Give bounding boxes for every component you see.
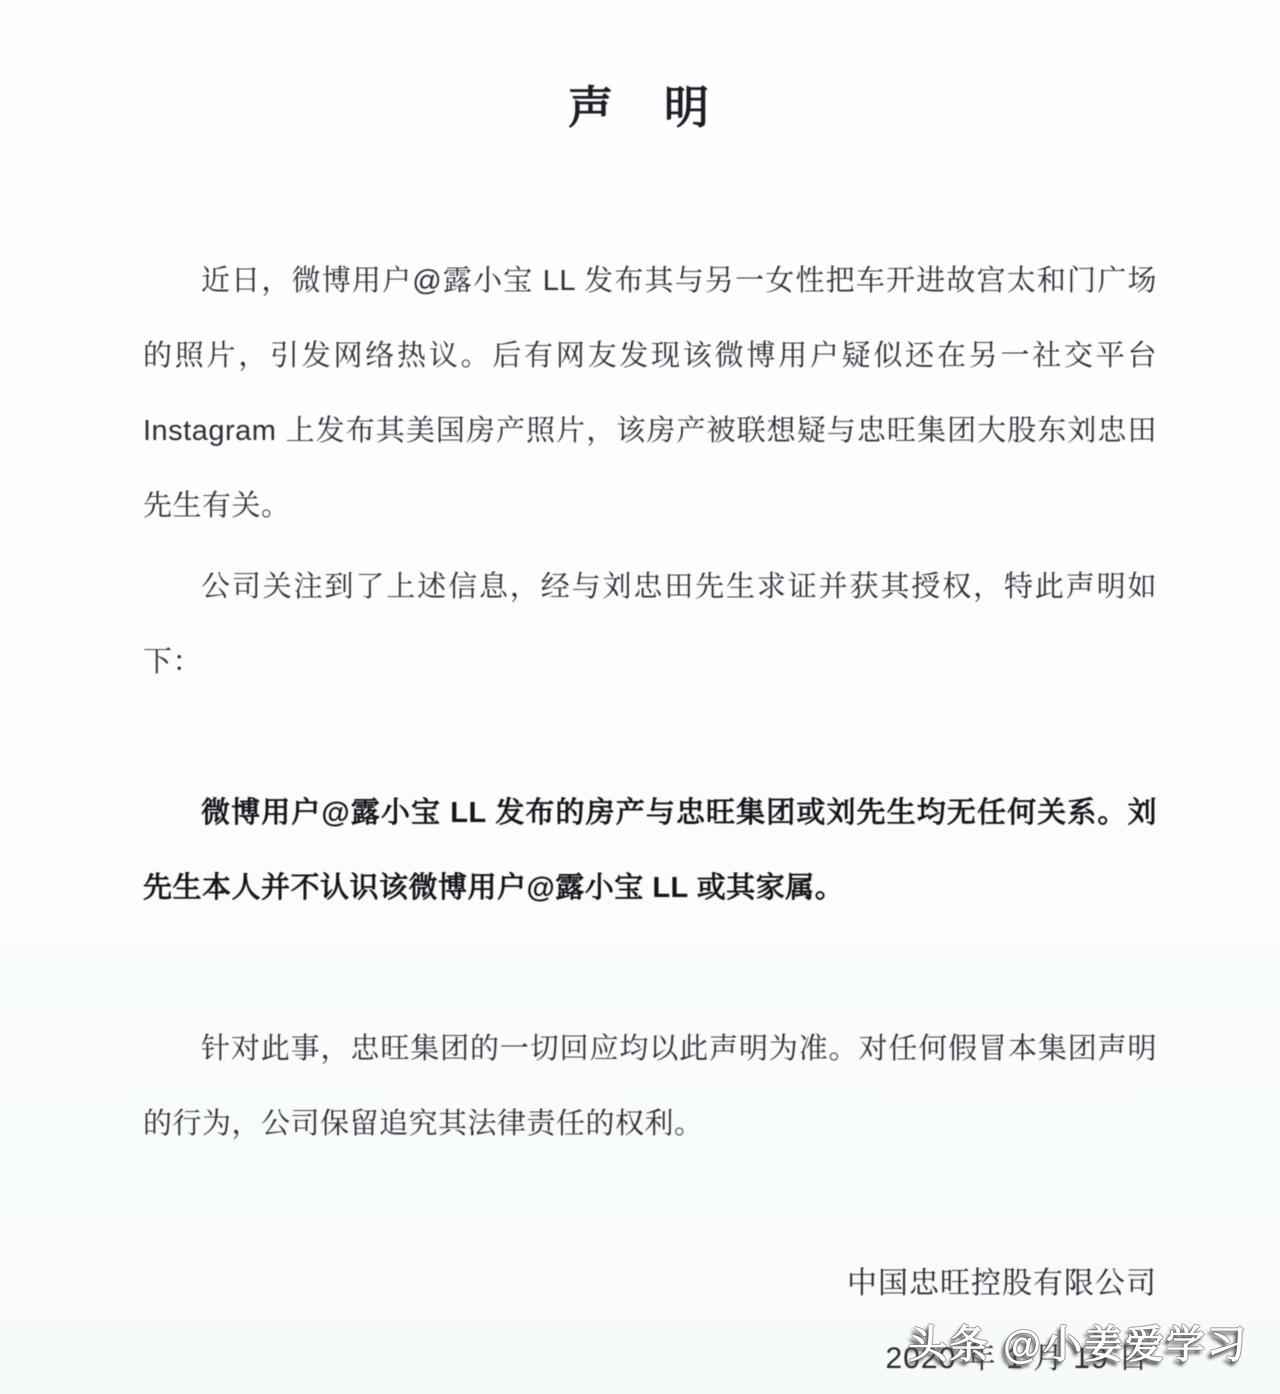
statement-page: 声 明 近日，微博用户@露小宝 LL 发布其与另一女性把车开进故宫太和门广场的照… <box>0 0 1280 1394</box>
company-signature: 中国忠旺控股有限公司 <box>143 1246 1157 1321</box>
document-body: 近日，微博用户@露小宝 LL 发布其与另一女性把车开进故宫太和门广场的照片，引发… <box>143 244 1157 1394</box>
paragraph-incident-description: 近日，微博用户@露小宝 LL 发布其与另一女性把车开进故宫太和门广场的照片，引发… <box>143 244 1157 544</box>
document-title: 声 明 <box>0 84 1280 132</box>
statement-document: 声 明 近日，微博用户@露小宝 LL 发布其与另一女性把车开进故宫太和门广场的照… <box>0 0 1280 1394</box>
toutiao-watermark: 头条 @小姜爱学习 <box>908 1314 1248 1370</box>
paragraph-denial-statement: 微博用户@露小宝 LL 发布的房产与忠旺集团或刘先生均无任何关系。刘先生本人并不… <box>143 776 1157 926</box>
paragraph-legal-reservation: 针对此事，忠旺集团的一切回应均以此声明为准。对任何假冒本集团声明的行为，公司保留… <box>143 1012 1157 1162</box>
paragraph-company-notice: 公司关注到了上述信息，经与刘忠田先生求证并获其授权，特此声明如下： <box>143 550 1157 700</box>
